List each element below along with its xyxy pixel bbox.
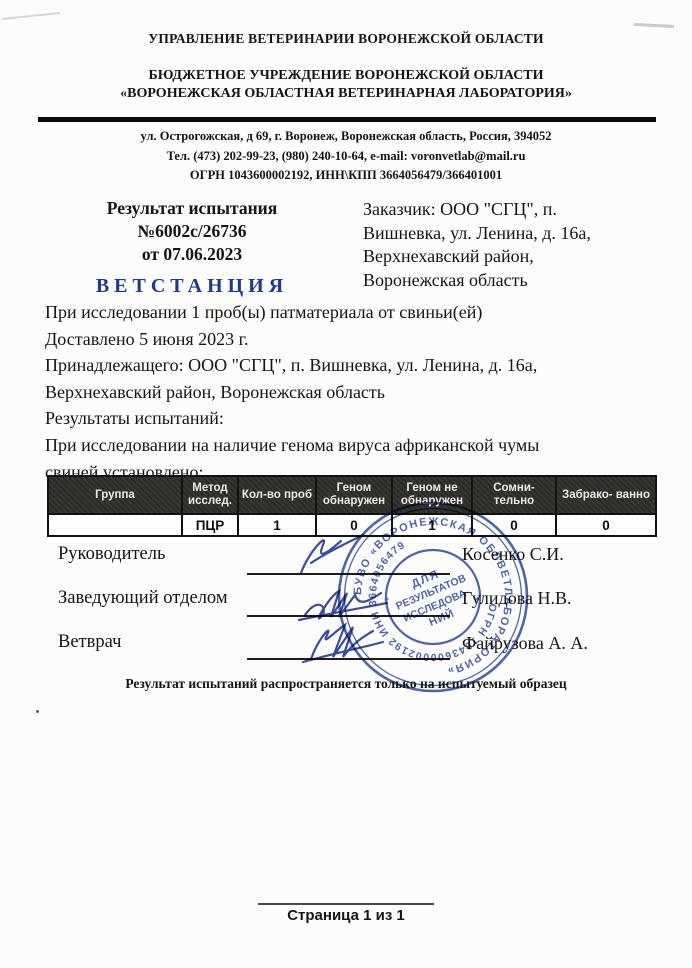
body-line-owner-2: Верхнехавский район, Воронежская область: [45, 379, 665, 406]
authority-title: УПРАВЛЕНИЕ ВЕТЕРИНАРИИ ВОРОНЕЖСКОЙ ОБЛАС…: [0, 31, 692, 47]
stamp-separator-star-left: *: [384, 596, 389, 607]
customer-line-4: Воронежская область: [363, 269, 658, 293]
header-divider: [38, 117, 656, 122]
stamp-separator-star-right: *: [475, 596, 480, 607]
signature-role-director: Руководитель: [58, 544, 165, 565]
registration-line: ОГРН 1043600002192, ИНН\КПП 3664056479/3…: [0, 166, 692, 186]
document-page: УПРАВЛЕНИЕ ВЕТЕРИНАРИИ ВОРОНЕЖСКОЙ ОБЛАС…: [0, 0, 692, 968]
customer-block: Заказчик: ООО "СГЦ", п. Вишневка, ул. Ле…: [363, 198, 658, 292]
address-line: ул. Острогожская, д 69, г. Воронеж, Воро…: [0, 127, 692, 147]
body-line-samples: При исследовании 1 проб(ы) патматериала …: [45, 299, 665, 326]
phone-email-line: Тел. (473) 202-99-23, (980) 240-10-64, e…: [0, 147, 692, 167]
body-line-results-label: Результаты испытаний:: [45, 405, 665, 432]
result-title: Результат испытания: [52, 197, 332, 220]
org-line-2: «ВОРОНЕЖСКАЯ ОБЛАСТНАЯ ВЕТЕРИНАРНАЯ ЛАБО…: [0, 85, 692, 103]
result-number: №6002с/26736: [52, 220, 332, 243]
signature-role-department-head: Заведующий отделом: [58, 588, 228, 609]
cell-method: ПЦР: [182, 514, 238, 536]
org-line-1: БЮДЖЕТНОЕ УЧРЕЖДЕНИЕ ВОРОНЕЖСКОЙ ОБЛАСТИ: [0, 67, 692, 85]
col-header-method: Метод исслед.: [182, 476, 238, 514]
result-title-block: Результат испытания №6002с/26736 от 07.0…: [52, 197, 332, 298]
customer-line-3: Верхнехавский район,: [363, 245, 658, 269]
scan-artifact: [634, 23, 674, 28]
vetstation-stamp-text: ВЕТСТАНЦИЯ: [52, 275, 332, 298]
customer-line-2: Вишневка, ул. Ленина, д. 16а,: [363, 222, 658, 246]
page-number: Страница 1 из 1: [258, 903, 434, 924]
result-date: от 07.06.2023: [52, 243, 332, 266]
round-stamp: БУВО «ВОРОНЕЖСКАЯ ОБЛВЕТЛАБОРАТОРИЯ» ОГР…: [333, 497, 533, 697]
col-header-rejected: Забрако- ванно: [556, 476, 656, 514]
body-line-test-1: При исследовании на наличие генома вирус…: [45, 432, 665, 459]
col-header-sample-count: Кол-во проб: [238, 476, 316, 514]
signature-role-veterinarian: Ветврач: [58, 632, 121, 653]
cell-rejected: 0: [556, 514, 656, 536]
cell-group: [48, 514, 182, 536]
report-body: При исследовании 1 проб(ы) патматериала …: [45, 299, 665, 485]
contact-block: ул. Острогожская, д 69, г. Воронеж, Воро…: [0, 127, 692, 186]
organization-title: БЮДЖЕТНОЕ УЧРЕЖДЕНИЕ ВОРОНЕЖСКОЙ ОБЛАСТИ…: [0, 67, 692, 103]
body-line-owner-1: Принадлежащего: ООО "СГЦ", п. Вишневка, …: [45, 352, 665, 379]
col-header-group: Группа: [48, 476, 182, 514]
scan-artifact: [36, 710, 39, 713]
scan-artifact: [2, 12, 60, 20]
disclaimer-note: Результат испытаний распространяется тол…: [0, 676, 692, 692]
body-line-delivered: Доставлено 5 июня 2023 г.: [45, 326, 665, 353]
customer-line-1: Заказчик: ООО "СГЦ", п.: [363, 198, 658, 222]
